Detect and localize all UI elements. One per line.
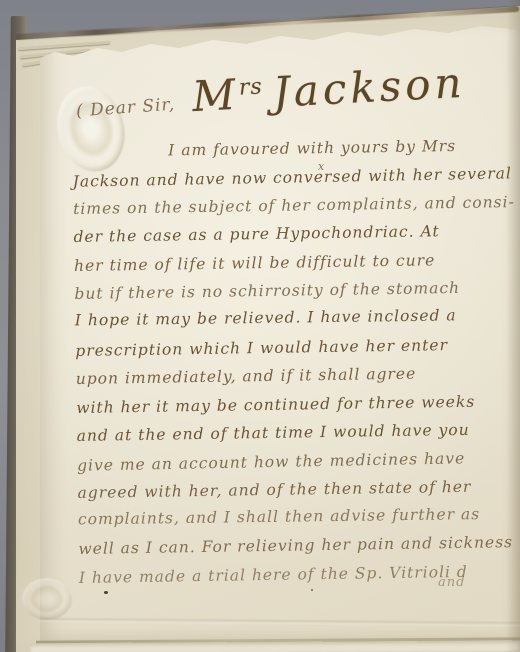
underlying-page-edge — [30, 641, 520, 652]
photo-right-shadow — [506, 0, 520, 652]
ink-speck — [104, 591, 108, 594]
ink-speck — [311, 589, 313, 591]
heading-initial: M — [191, 70, 241, 121]
heading-surname: Jackson — [272, 58, 467, 117]
scanned-letter-photo: MrsJackson ( Dear Sir, x I am favoured w… — [0, 0, 520, 652]
letter-body: I am favoured with yours by MrsJackson a… — [72, 131, 519, 592]
catchword: and — [438, 575, 465, 590]
embossed-stamp-bottom-left — [22, 578, 72, 620]
heading-superscript: rs — [238, 74, 263, 100]
